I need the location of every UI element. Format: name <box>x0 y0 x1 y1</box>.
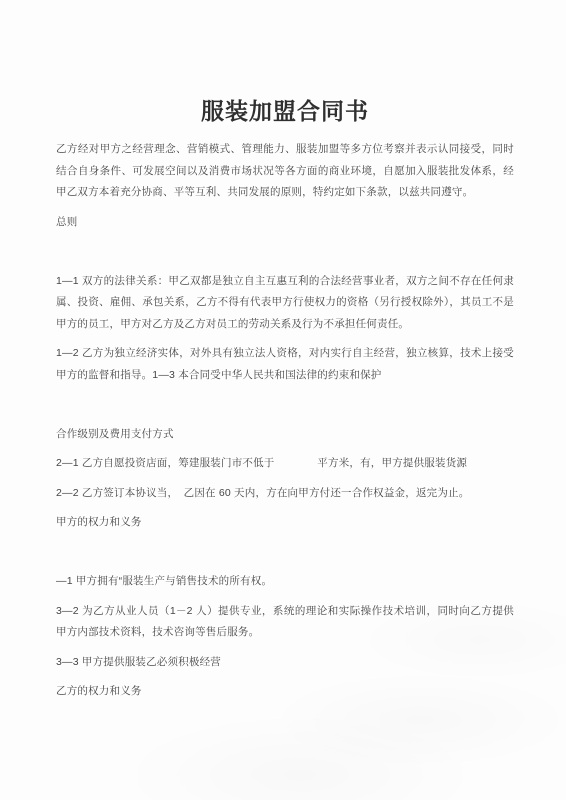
document-page: 服装加盟合同书 乙方经对甲方之经营理念、营销模式、管理能力、服装加盟等多方位考察… <box>0 0 566 800</box>
clause-1-1: 1—1 双方的法律关系：甲乙双都是独立自主互惠互利的合法经营事业者，双方之间不存… <box>56 271 514 336</box>
section-heading-general-provisions: 总则 <box>56 212 514 234</box>
section-heading-party-b-rights: 乙方的权力和义务 <box>56 681 514 703</box>
clause-2-2: 2—2 乙方签订本协议当， 乙因在 60 天内，方在向甲方付还一合作权益金，返完… <box>56 483 514 505</box>
clause-3-1: —1 甲方拥有“服装生产与销售技术的所有权。 <box>56 571 514 593</box>
document-title: 服装加盟合同书 <box>56 97 514 127</box>
clause-2-1: 2—1 乙方自愿投资店面，筹建服装门市不低于 平方米，有，甲方提供服装货源 <box>56 453 514 475</box>
clause-3-2: 3—2 为乙方从业人员（1－2 人）提供专业，系统的理论和实际操作技术培训，同时… <box>56 601 514 644</box>
clause-3-3: 3—3 甲方提供服装乙必须积极经营 <box>56 652 514 674</box>
section-heading-cooperation-fees: 合作级别及费用支付方式 <box>56 424 514 446</box>
section-heading-party-a-rights: 甲方的权力和义务 <box>56 512 514 534</box>
intro-paragraph: 乙方经对甲方之经营理念、营销模式、管理能力、服装加盟等多方位考察并表示认同接受，… <box>56 139 514 204</box>
clause-1-2: 1—2 乙方为独立经济实体，对外具有独立法人资格，对内实行自主经营，独立核算，技… <box>56 343 514 386</box>
blank-line <box>56 241 514 263</box>
blank-line <box>56 394 514 416</box>
blank-line <box>56 542 514 564</box>
